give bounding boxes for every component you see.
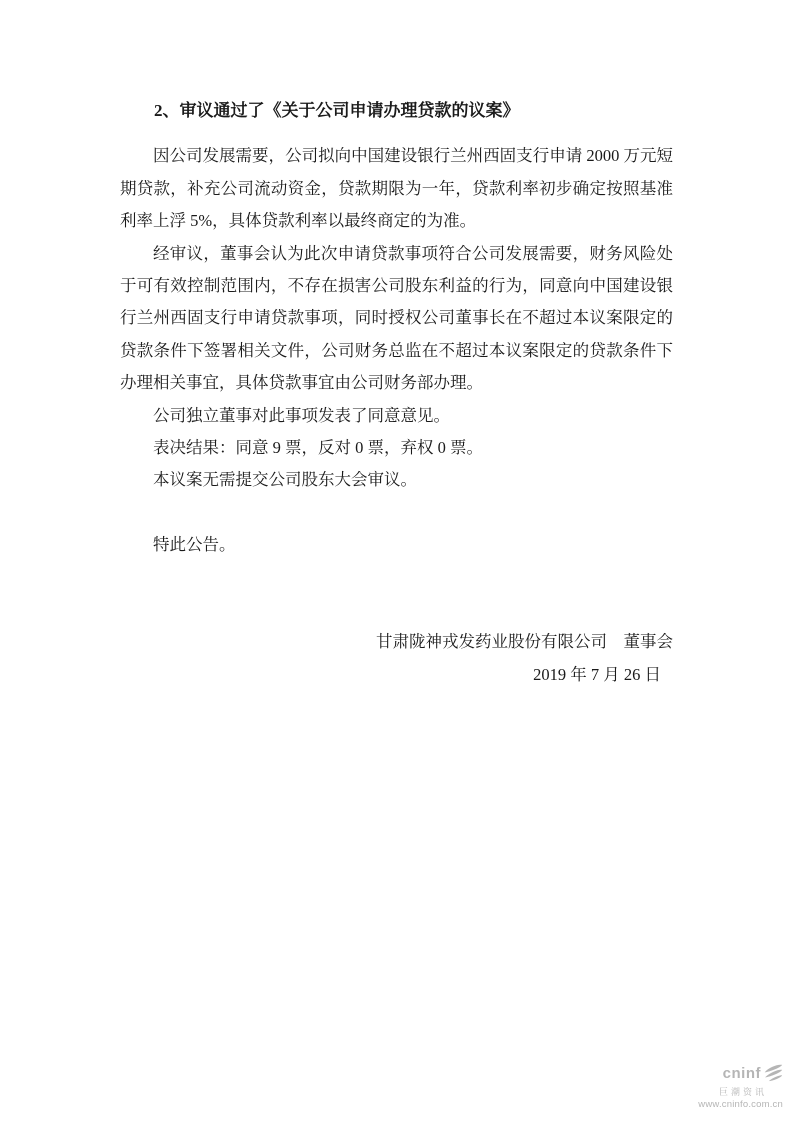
signature-company-line: 甘肃陇神戎发药业股份有限公司 董事会	[120, 626, 673, 658]
cninfo-brand-name: 巨潮资讯	[698, 1088, 783, 1098]
board-review-paragraph: 经审议，董事会认为此次申请贷款事项符合公司发展需要，财务风险处于可有效控制范围内…	[120, 238, 673, 400]
document-page: 2、审议通过了《关于公司申请办理贷款的议案》 因公司发展需要，公司拟向中国建设银…	[0, 0, 793, 1122]
resolution-heading: 2、审议通过了《关于公司申请办理贷款的议案》	[120, 95, 673, 127]
closing-announcement-line: 特此公告。	[120, 529, 673, 561]
cninfo-swirl-icon	[763, 1062, 783, 1087]
loan-application-paragraph: 因公司发展需要，公司拟向中国建设银行兰州西固支行申请 2000 万元短期贷款，补…	[120, 140, 673, 237]
cninfo-watermark: cninf 巨潮资讯 www.cninfo.com.cn	[698, 1062, 783, 1110]
vote-result-line: 表决结果：同意 9 票，反对 0 票，弃权 0 票。	[120, 432, 673, 464]
document-content: 2、审议通过了《关于公司申请办理贷款的议案》 因公司发展需要，公司拟向中国建设银…	[120, 95, 673, 691]
cninfo-logo-text: cninf	[723, 1066, 761, 1083]
independent-director-line: 公司独立董事对此事项发表了同意意见。	[120, 400, 673, 432]
signature-block: 甘肃陇神戎发药业股份有限公司 董事会 2019 年 7 月 26 日	[120, 626, 673, 691]
no-shareholder-meeting-line: 本议案无需提交公司股东大会审议。	[120, 464, 673, 496]
cninfo-logo-row: cninf	[698, 1062, 783, 1087]
signature-date-line: 2019 年 7 月 26 日	[120, 659, 673, 691]
cninfo-url: www.cninfo.com.cn	[698, 1100, 783, 1110]
